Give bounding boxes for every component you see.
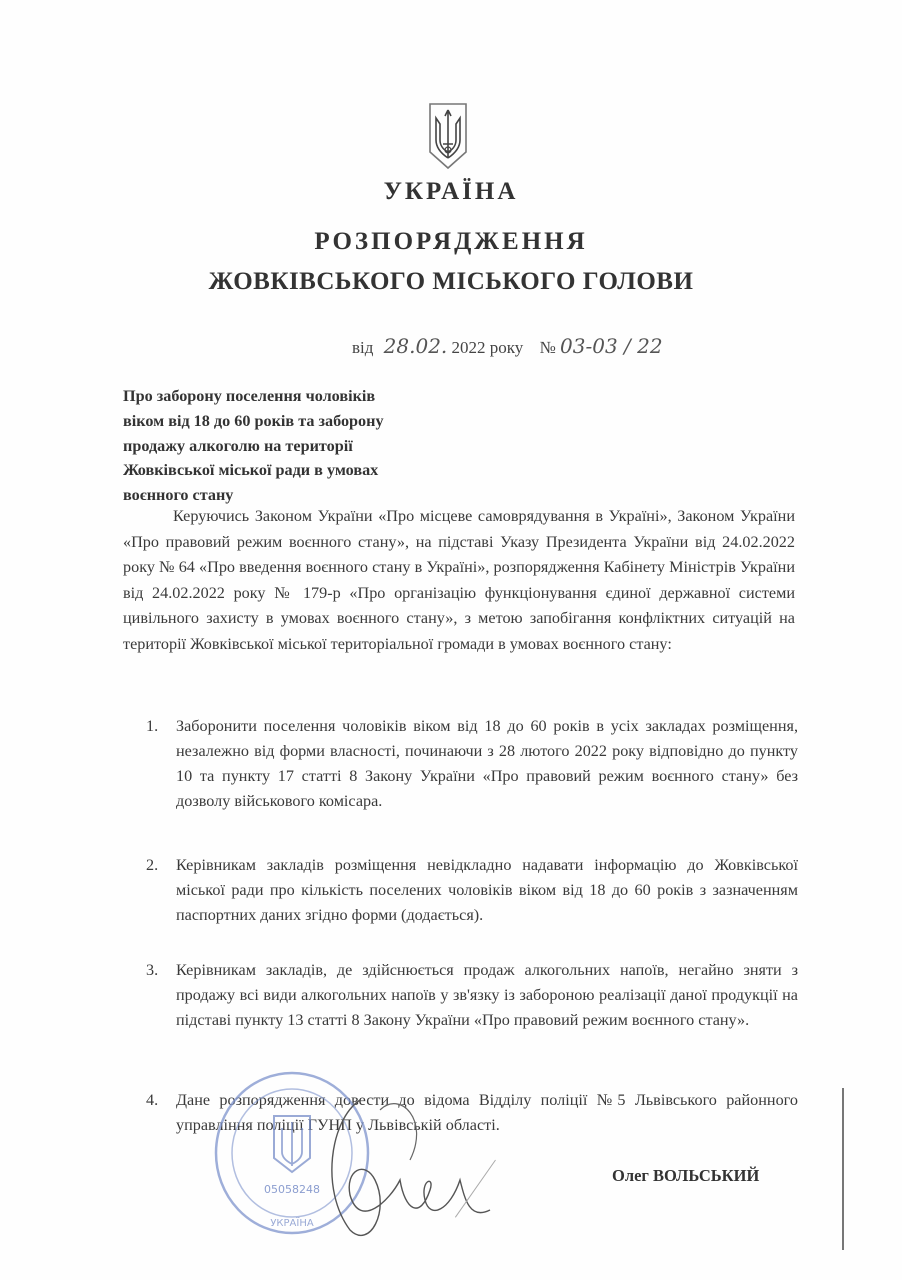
preamble: Керуючись Законом України «Про місцеве с… [123, 504, 795, 657]
year: 2022 [452, 338, 486, 357]
svg-text:05058248: 05058248 [264, 1183, 320, 1196]
item-number: 2. [146, 853, 158, 878]
subject-heading: Про заборону поселення чоловіків віком в… [123, 384, 463, 508]
document-page: УКРАЇНА РОЗПОРЯДЖЕННЯ ЖОВКІВСЬКОГО МІСЬК… [0, 0, 902, 1280]
dateline: від 28.02. 2022 року № 03-03 / 22 [352, 334, 663, 358]
from-label: від [352, 338, 373, 357]
handwritten-number: 03-03 / 22 [560, 334, 663, 358]
item-number: 4. [146, 1088, 158, 1113]
order-item-2: 2. Керівникам закладів розміщення невідк… [146, 853, 798, 928]
svg-text:УКРАЇНА: УКРАЇНА [270, 1216, 314, 1229]
preamble-text: Керуючись Законом України «Про місцеве с… [123, 504, 795, 657]
document-type-title: РОЗПОРЯДЖЕННЯ [0, 228, 902, 256]
handwritten-signature-icon [320, 1080, 540, 1250]
trident-coat-of-arms-icon [428, 102, 468, 170]
number-label: № [540, 338, 556, 357]
issuer-title: ЖОВКІВСЬКОГО МІСЬКОГО ГОЛОВИ [0, 268, 902, 296]
country-title: УКРАЇНА [0, 178, 902, 206]
order-item-1: 1. Заборонити поселення чоловіків віком … [146, 714, 798, 814]
subject-line: віком від 18 до 60 років та заборону [123, 409, 463, 434]
subject-line: Жовківської міської ради в умовах [123, 458, 463, 483]
item-number: 3. [146, 958, 158, 983]
subject-line: продажу алкоголю на території [123, 434, 463, 459]
handwritten-date: 28.02. [384, 334, 448, 358]
scan-edge-line [842, 1088, 844, 1250]
item-number: 1. [146, 714, 158, 739]
signer-name: Олег ВОЛЬСЬКИЙ [612, 1166, 759, 1186]
item-text: Керівникам закладів розміщення невідклад… [176, 853, 798, 928]
year-label: року [490, 338, 524, 357]
order-item-3: 3. Керівникам закладів, де здійснюється … [146, 958, 798, 1033]
item-text: Заборонити поселення чоловіків віком від… [176, 714, 798, 814]
subject-line: Про заборону поселення чоловіків [123, 384, 463, 409]
item-text: Керівникам закладів, де здійснюється про… [176, 958, 798, 1033]
